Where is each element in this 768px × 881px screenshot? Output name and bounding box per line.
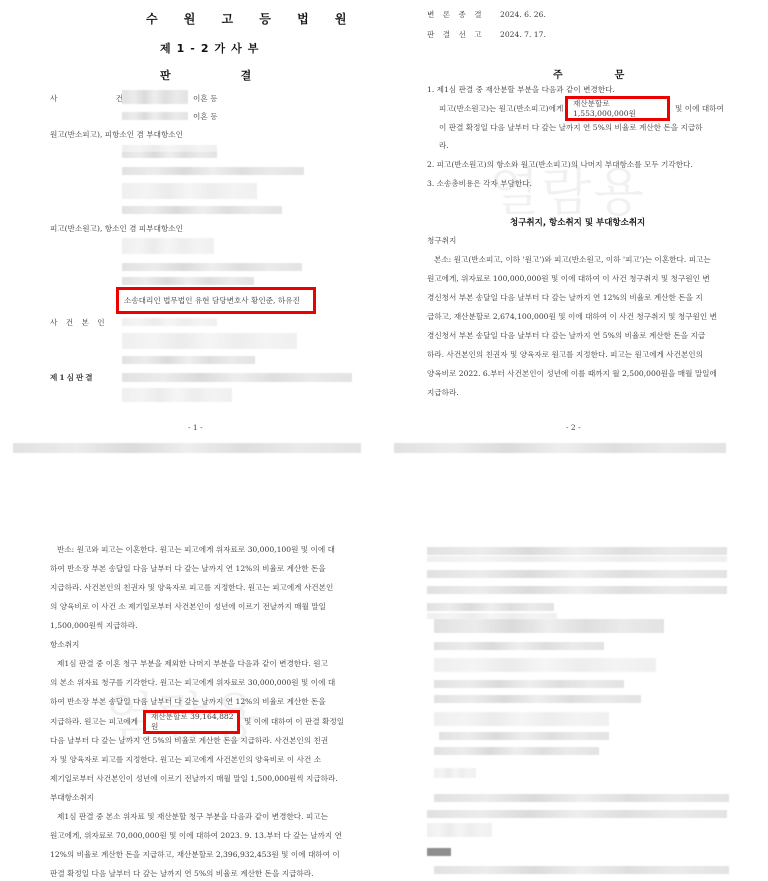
redacted-plaintiff-4 <box>122 183 257 199</box>
appeal-property-amount: 재산분할로 39,164,882원 <box>151 712 237 732</box>
redacted-line <box>434 642 604 650</box>
redacted-line <box>434 794 729 802</box>
redacted-defendant-2 <box>122 263 302 271</box>
page-number-1: - 1 - <box>188 423 203 432</box>
redacted-line <box>427 570 727 578</box>
counterclaim-line-3: 지급하라. 사건본인의 친권자 및 양육자로 피고를 지정한다. 원고는 피고에… <box>50 583 333 593</box>
property-division-highlight-box: 재산분할로 1,553,000,000원 <box>565 96 670 121</box>
redacted-line <box>434 866 729 874</box>
redacted-line <box>434 695 641 703</box>
counterclaim-line-4: 의 양육비로 이 사건 소 제기일로부터 사건본인이 성년에 이르기 전날까지 … <box>50 602 326 612</box>
page-3: 열람용 반소: 원고와 피고는 이혼한다. 원고는 피고에게 위자료로 30,0… <box>0 520 384 881</box>
redacted-principal-2 <box>122 333 297 349</box>
ruling-item-1-line2: 이 판결 확정일 다음 날부터 다 갚는 날까지 연 5%의 비율로 계산한 돈… <box>439 123 703 133</box>
redacted-first-instance-1 <box>122 373 352 382</box>
redacted-line <box>434 712 609 726</box>
claim-line-5: 경신청서 부본 송달일 다음 날부터 다 갚는 날까지 연 5%의 비율로 계산… <box>427 331 705 341</box>
cross-appeal-line-1: 제1심 판결 중 본소 위자료 및 재산분할 청구 부분을 다음과 같이 변경한… <box>57 812 328 822</box>
page-4-redacted <box>384 520 768 881</box>
defendant-label: 피고(반소원고), 항소인 겸 피부대항소인 <box>50 224 183 234</box>
attorney-text: 소송대리인 법무법인 유현 담당변호사 황인준, 하유진 <box>124 296 300 306</box>
redacted-line <box>434 658 656 672</box>
redacted-defendant-3 <box>122 277 254 285</box>
claim-line-4: 급하고, 재산분할로 2,674,100,000원 및 이에 대하여 이 사건 … <box>427 312 717 322</box>
redacted-line <box>434 768 476 778</box>
redacted-principal-1 <box>122 318 217 326</box>
appeal-line-4-post: 및 이에 대하여 이 판결 확정일 <box>244 717 344 727</box>
redacted-line <box>427 603 554 611</box>
redacted-line <box>434 747 599 755</box>
appeal-label: 항소취지 <box>50 640 79 650</box>
claim-line-2: 원고에게, 위자료로 100,000,000원 및 이에 대하여 이 사건 청구… <box>427 274 710 284</box>
claim-line-6: 하라. 사건본인의 친권자 및 양육자로 원고를 지정한다. 피고는 원고에게 … <box>427 350 703 360</box>
appeal-line-1: 제1심 판결 중 이혼 청구 부분을 제외한 나머지 부분을 다음과 같이 변경… <box>57 659 328 669</box>
hearing-date: 2024. 6. 26. <box>500 10 546 20</box>
counterclaim-line-2: 하여 반소장 부본 송달일 다음 날부터 다 갚는 날까지 연 12%의 비율로… <box>50 564 326 574</box>
plaintiff-label: 원고(반소피고), 피항소인 겸 부대항소인 <box>50 130 183 140</box>
appeal-line-5: 다음 날부터 다 갚는 날까지 연 5%의 비율로 계산한 돈을 지급하라. 사… <box>50 736 328 746</box>
section-title: 청구취지, 항소취지 및 부대항소취지 <box>510 216 645 228</box>
claim-line-7: 양육비로 2022. 6.부터 사건본인이 성년에 이를 때까지 월 2,500… <box>427 369 717 379</box>
appeal-line-6: 자 및 양육자로 피고를 지정한다. 원고는 피고에게 사건본인의 양육비로 이… <box>50 755 321 765</box>
page-1: 수 원 고 등 법 원 제1-2가사부 판결 사 건 이혼 등 이혼 등 원고(… <box>0 0 384 455</box>
redacted-line <box>427 810 727 818</box>
appeal-line-2: 의 본소 위자료 청구를 기각한다. 원고는 피고에게 위자료로 30,000,… <box>50 678 335 688</box>
cross-appeal-line-2: 원고에게, 위자료로 70,000,000원 및 이에 대하여 2023. 9.… <box>50 831 342 841</box>
principal-label: 사 건 본 인 <box>50 318 108 328</box>
division-name: 제1-2가사부 <box>160 40 264 56</box>
court-name: 수 원 고 등 법 원 <box>146 10 357 27</box>
redacted-footer-2 <box>394 443 726 453</box>
appeal-line-3: 하여 반소장 부본 송달일 다음 날부터 다 갚는 날까지 연 12%의 비율로… <box>50 697 326 707</box>
redacted-defendant-1 <box>122 238 214 254</box>
ruling-item-1-line3: 라. <box>439 141 449 151</box>
cross-appeal-label: 부대항소취지 <box>50 793 94 803</box>
jumun-title: 주문 <box>553 66 676 81</box>
redacted-line <box>439 732 609 740</box>
cross-appeal-line-4: 판결 확정일 다음 날부터 다 갚는 날까지 연 5%의 비율로 계산한 돈을 … <box>50 869 314 879</box>
ruling-label: 판 결 선 고 <box>427 30 485 40</box>
cross-appeal-line-3: 12%의 비율로 계산한 돈을 지급하고, 재산분할로 2,396,932,45… <box>50 850 340 860</box>
claim-line-1: 본소: 원고(반소피고, 이하 '원고')와 피고(반소원고, 이하 '피고')… <box>434 255 711 265</box>
ruling-item-3: 3. 소송총비용은 각자 부담한다. <box>427 179 532 189</box>
ruling-item-1: 1. 제1심 판결 중 재산분할 부분을 다음과 같이 변경한다. <box>427 85 615 95</box>
page-2: 열람용 변 론 종 결 2024. 6. 26. 판 결 선 고 2024. 7… <box>384 0 768 455</box>
redacted-first-instance-2 <box>122 388 232 402</box>
claim-line-3: 경신청서 부본 송달일 다음 날부터 다 갚는 날까지 연 12%의 비율로 계… <box>427 293 703 303</box>
ruling-item-1-pre: 피고(반소원고)는 원고(반소피고)에게 <box>439 104 563 114</box>
case-suffix-1: 이혼 등 <box>193 94 217 104</box>
counterclaim-line-5: 1,500,000원씩 지급하라. <box>50 621 138 631</box>
page-number-2: - 2 - <box>566 423 581 432</box>
document-type: 판결 <box>160 67 321 83</box>
claim-label: 청구취지 <box>427 236 456 246</box>
appeal-line-4-pre: 지급하라. 원고는 피고에게 <box>50 717 138 727</box>
redacted-line <box>427 547 727 555</box>
appeal-line-7: 제기일로부터 사건본인이 성년에 이르기 전날까지 매월 말일 1,500,00… <box>50 774 338 784</box>
hearing-label: 변 론 종 결 <box>427 10 485 20</box>
attorney-highlight-box: 소송대리인 법무법인 유현 담당변호사 황인준, 하유진 <box>116 287 316 314</box>
redacted-plaintiff-5 <box>122 206 282 214</box>
redacted-line <box>434 619 664 633</box>
first-instance-label: 제1심판결 <box>50 373 95 383</box>
redacted-principal-3 <box>122 356 255 364</box>
redacted-line <box>427 556 727 562</box>
redacted-plaintiff-2 <box>122 152 217 158</box>
redacted-case-number-2 <box>122 112 188 120</box>
redacted-footer-1 <box>13 443 361 453</box>
case-suffix-2: 이혼 등 <box>193 112 217 122</box>
counterclaim-line-1: 반소: 원고와 피고는 이혼한다. 원고는 피고에게 위자료로 30,000,1… <box>57 545 335 555</box>
redacted-plaintiff-3 <box>122 167 304 175</box>
property-division-amount: 재산분할로 1,553,000,000원 <box>573 99 667 119</box>
ruling-item-2: 2. 피고(반소원고)의 항소와 원고(반소피고)의 나머지 부대항소를 모두 … <box>427 160 693 170</box>
redacted-line <box>434 680 624 688</box>
ruling-date: 2024. 7. 17. <box>500 30 546 40</box>
redacted-line <box>427 848 451 856</box>
redacted-line <box>427 823 492 837</box>
redacted-case-number <box>122 90 188 104</box>
appeal-property-highlight-box: 재산분할로 39,164,882원 <box>143 710 240 734</box>
ruling-item-1-post: 및 이에 대하여 <box>675 104 724 114</box>
redacted-line <box>427 586 727 594</box>
claim-line-8: 지급하라. <box>427 388 459 398</box>
